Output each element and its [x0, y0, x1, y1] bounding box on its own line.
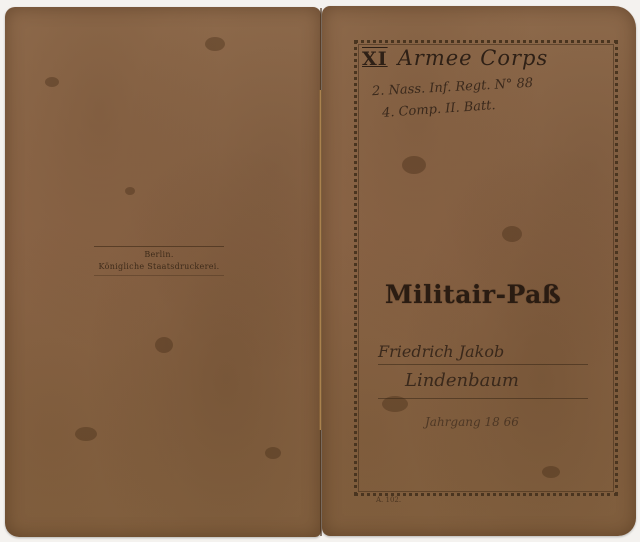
imprint-city: Berlin. — [94, 249, 224, 261]
stain — [75, 427, 97, 441]
imprint-rule-top — [94, 246, 224, 247]
stain — [155, 337, 173, 353]
corps-numeral: XI — [362, 48, 388, 70]
holder-first-name: Friedrich Jakob — [378, 342, 504, 361]
holder-last-name: Lindenbaum — [405, 370, 519, 391]
name-rule-1 — [378, 364, 588, 365]
year-class-line: Jahrgang 18 66 — [425, 415, 519, 429]
stain — [45, 77, 59, 87]
stain — [265, 447, 281, 459]
printer-imprint: Berlin. Königliche Staatsdruckerei. — [94, 246, 224, 278]
name-rule-2 — [378, 398, 588, 399]
handwritten-corps: XIArmee Corps — [362, 46, 548, 70]
imprint-printer: Königliche Staatsdruckerei. — [94, 261, 224, 273]
stain — [205, 37, 225, 51]
corps-text: Armee Corps — [398, 46, 549, 70]
form-number: A. 102. — [376, 496, 401, 504]
imprint-rule-bottom — [94, 275, 224, 276]
document-title: Militair-Paß — [385, 280, 585, 309]
stain — [125, 187, 135, 195]
